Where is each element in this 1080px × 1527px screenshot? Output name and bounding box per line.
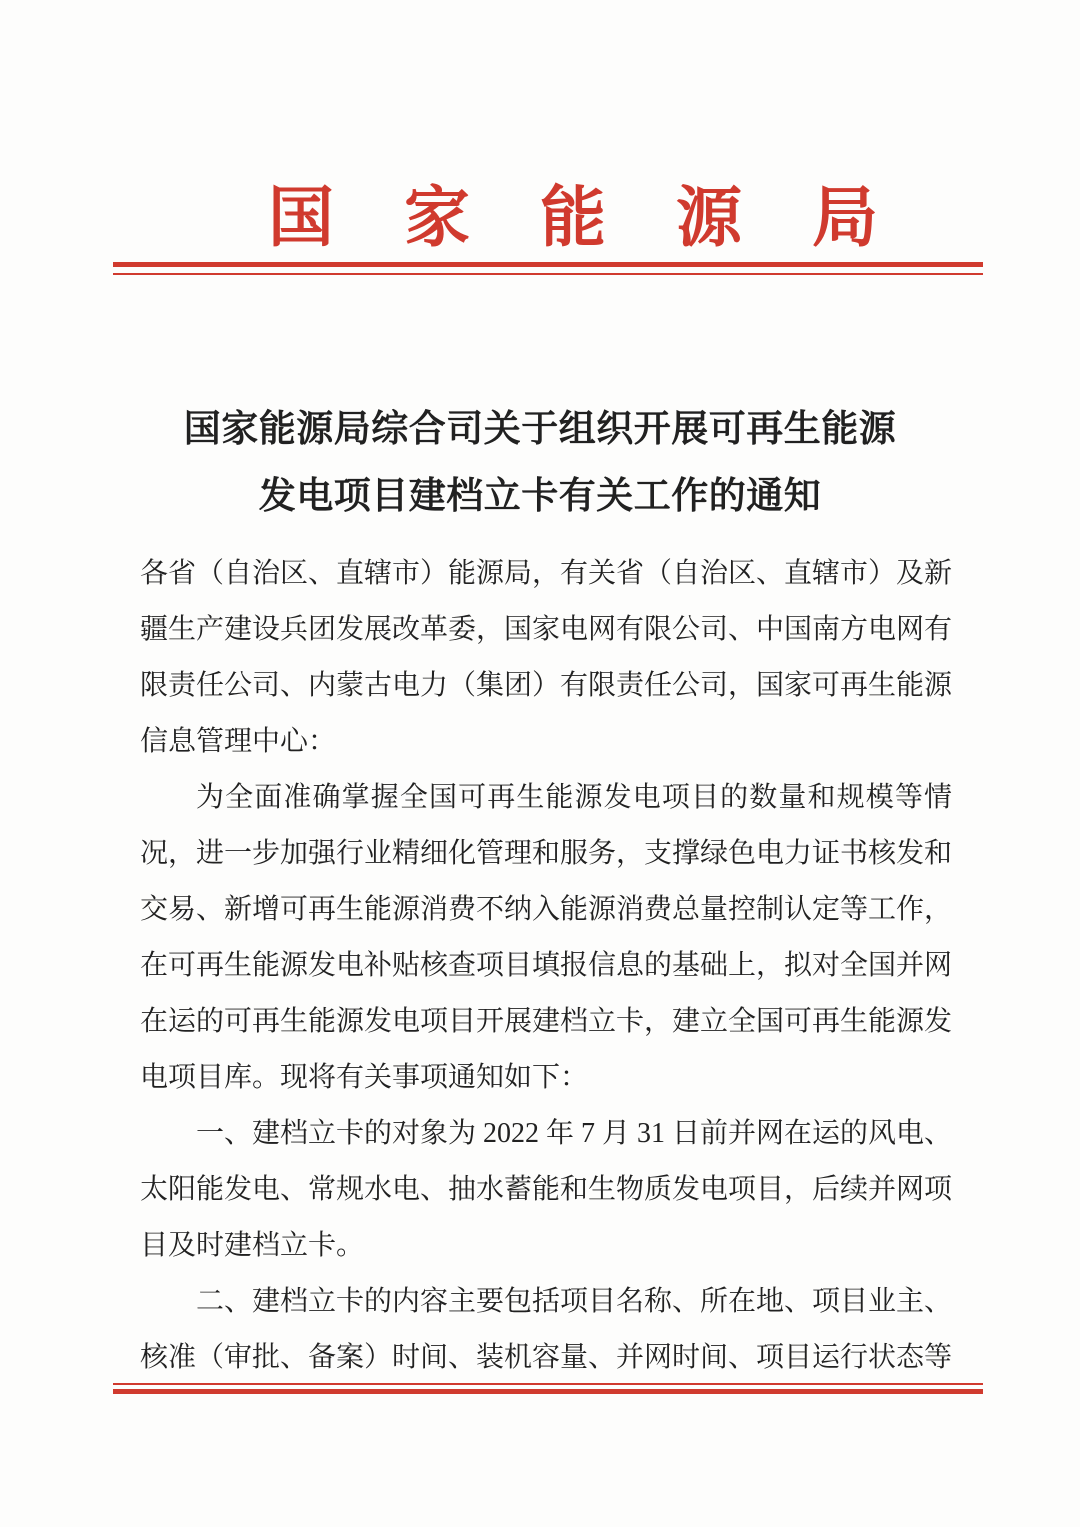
document-title-line-2: 发电项目建档立卡有关工作的通知	[259, 476, 822, 517]
salutation-paragraph: 各省（自治区、直辖市）能源局，有关省（自治区、直辖市）及新疆生产建设兵团发展改革…	[140, 546, 952, 770]
document-title-line-1: 国家能源局综合司关于组织开展可再生能源	[184, 409, 897, 450]
intro-paragraph: 为全面准确掌握全国可再生能源发电项目的数量和规模等情况，进一步加强行业精细化管理…	[140, 770, 952, 1106]
item-one-paragraph: 一、建档立卡的对象为 2022 年 7 月 31 日前并网在运的风电、太阳能发电…	[140, 1106, 952, 1274]
item-two-paragraph: 二、建档立卡的内容主要包括项目名称、所在地、项目业主、核准（审批、备案）时间、装…	[140, 1274, 952, 1386]
footer-double-rule	[113, 1383, 983, 1394]
document-body: 各省（自治区、直辖市）能源局，有关省（自治区、直辖市）及新疆生产建设兵团发展改革…	[140, 546, 952, 1386]
rule-thick-bar	[113, 262, 983, 267]
document-page: 国家能源局 国家能源局综合司关于组织开展可再生能源 发电项目建档立卡有关工作的通…	[0, 0, 1080, 1527]
rule-thin-bar	[113, 273, 983, 275]
letterhead-agency-name: 国家能源局	[268, 183, 948, 255]
rule-thick-bar	[113, 1389, 983, 1394]
letterhead-double-rule	[113, 262, 983, 275]
document-title: 国家能源局综合司关于组织开展可再生能源 发电项目建档立卡有关工作的通知	[0, 396, 1080, 530]
rule-thin-bar	[113, 1383, 983, 1385]
